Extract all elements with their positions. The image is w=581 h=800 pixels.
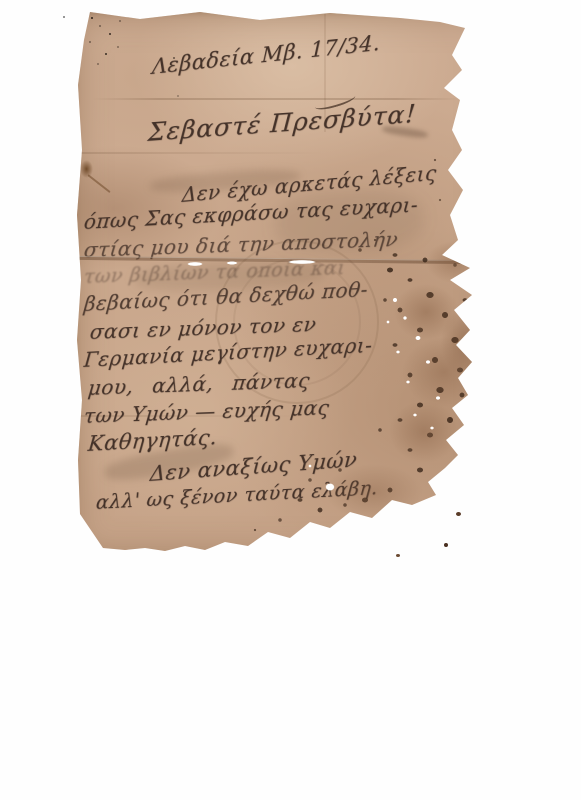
ink-drip-stain-tail bbox=[87, 174, 110, 193]
paper-fragment-speck bbox=[456, 512, 461, 516]
letter-body-line: αλλ' ως ξένον ταύτα ελάβη. bbox=[95, 477, 379, 514]
dust-speck bbox=[63, 16, 65, 18]
letter-paper: Λεβαδεία Μβ. 17/34. Σεβαστέ Πρεσβύτα! Δε… bbox=[74, 12, 494, 557]
letter-date-line: Λεβαδεία Μβ. 17/34. bbox=[152, 31, 381, 79]
letter-body-line: στίας μου διά την αποστολήν bbox=[83, 227, 400, 262]
paper-fragment-speck bbox=[444, 543, 448, 547]
fold-crease bbox=[74, 152, 324, 154]
paper-fragment-speck bbox=[396, 554, 400, 557]
letter-body-line: Καθηγητάς. bbox=[87, 425, 218, 456]
scanner-background: Λεβαδεία Μβ. 17/34. Σεβαστέ Πρεσβύτα! Δε… bbox=[0, 0, 581, 800]
letter-salutation: Σεβαστέ Πρεσβύτα! bbox=[147, 99, 417, 147]
letter-body-line: των Υμών — ευχής μας bbox=[83, 395, 331, 428]
